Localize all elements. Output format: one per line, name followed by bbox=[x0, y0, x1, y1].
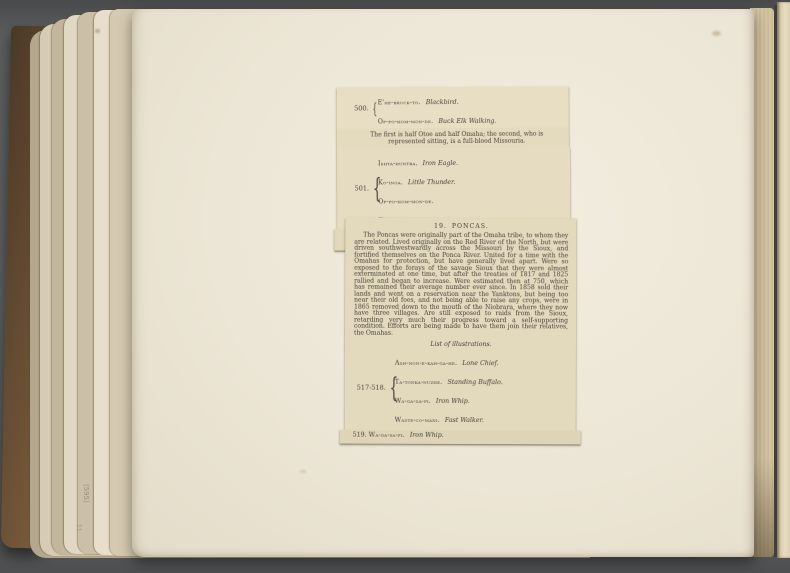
clipping-poncas: 19. PONCAS. The Poncas were originally p… bbox=[345, 218, 577, 444]
clipping-strip: 519. Wa-ga-sa-pi.Iron Whip. bbox=[340, 430, 581, 444]
entry-number: 517-518. bbox=[354, 384, 388, 392]
catalog-entry: Op-po-hom-mon-de.Buck Elk Walking. bbox=[378, 118, 497, 126]
entry-number: 500. bbox=[343, 104, 371, 112]
list-of-illustrations-title: List of illustrations. bbox=[354, 341, 568, 349]
brace-glyph: { bbox=[372, 101, 376, 116]
adjacent-page-edge bbox=[777, 2, 790, 558]
margin-note: (595) bbox=[82, 484, 90, 503]
section-heading: 19. PONCAS. bbox=[354, 223, 568, 231]
page-smudge bbox=[95, 29, 100, 33]
catalog-entry: 519. Wa-ga-sa-pi.Iron Whip. bbox=[351, 432, 576, 441]
clipping-strip: 500. { E'he-bruck-to.Blackbird. Op-po-ho… bbox=[337, 86, 569, 128]
catalog-entry: Ta-tonka-nuzhe.Standing Buffalo. bbox=[395, 379, 503, 386]
catalog-entry: Ishta-huntba.Iron Eagle. bbox=[378, 160, 458, 167]
clipping-strip: 501. { Ishta-huntba.Iron Eagle. Ko-inga.… bbox=[337, 147, 570, 228]
catalog-entry: E'he-bruck-to.Blackbird. bbox=[378, 99, 459, 106]
brace-glyph: { bbox=[373, 175, 377, 202]
page-smudge bbox=[300, 470, 306, 473]
clipping-strip: 19. PONCAS. The Poncas were originally p… bbox=[345, 218, 577, 431]
brace-glyph: { bbox=[390, 374, 394, 401]
page-smudge bbox=[712, 31, 721, 36]
clipping-strip: The first is half Otoe and half Omaha; t… bbox=[337, 127, 569, 148]
catalog-entry: Ko-inga.Little Thunder. bbox=[378, 179, 455, 186]
catalog-entry: Wa-ga-sa-pi.Iron Whip. bbox=[395, 398, 470, 405]
entry-number: 519. bbox=[353, 432, 367, 439]
section-paragraph: The Poncas were originally part of the O… bbox=[354, 233, 568, 338]
entry-note: The first is half Otoe and half Omaha; t… bbox=[342, 129, 564, 146]
catalog-entry-group-501: 501. { Ishta-huntba.Iron Eagle. Ko-inga.… bbox=[343, 149, 564, 226]
catalog-entry: Op-po-hom-mon-de. bbox=[378, 198, 434, 205]
catalog-entry-group-500: 500. { E'he-bruck-to.Blackbird. Op-po-ho… bbox=[343, 88, 563, 127]
entry-number: 501. bbox=[343, 184, 371, 192]
catalog-entry-group-517: 517-518. { Ash-non-e-kah-ga-he.Lone Chie… bbox=[354, 350, 568, 427]
margin-note: 11 bbox=[75, 524, 82, 532]
catalog-entry: Waste-co-mani.Fast Walker. bbox=[395, 417, 484, 424]
photo-album-page: (595) 11 500. { E'he-bruck-to.Blackbird.… bbox=[0, 0, 790, 573]
catalog-entry: Ash-non-e-kah-ga-he.Lone Chief. bbox=[395, 360, 499, 367]
